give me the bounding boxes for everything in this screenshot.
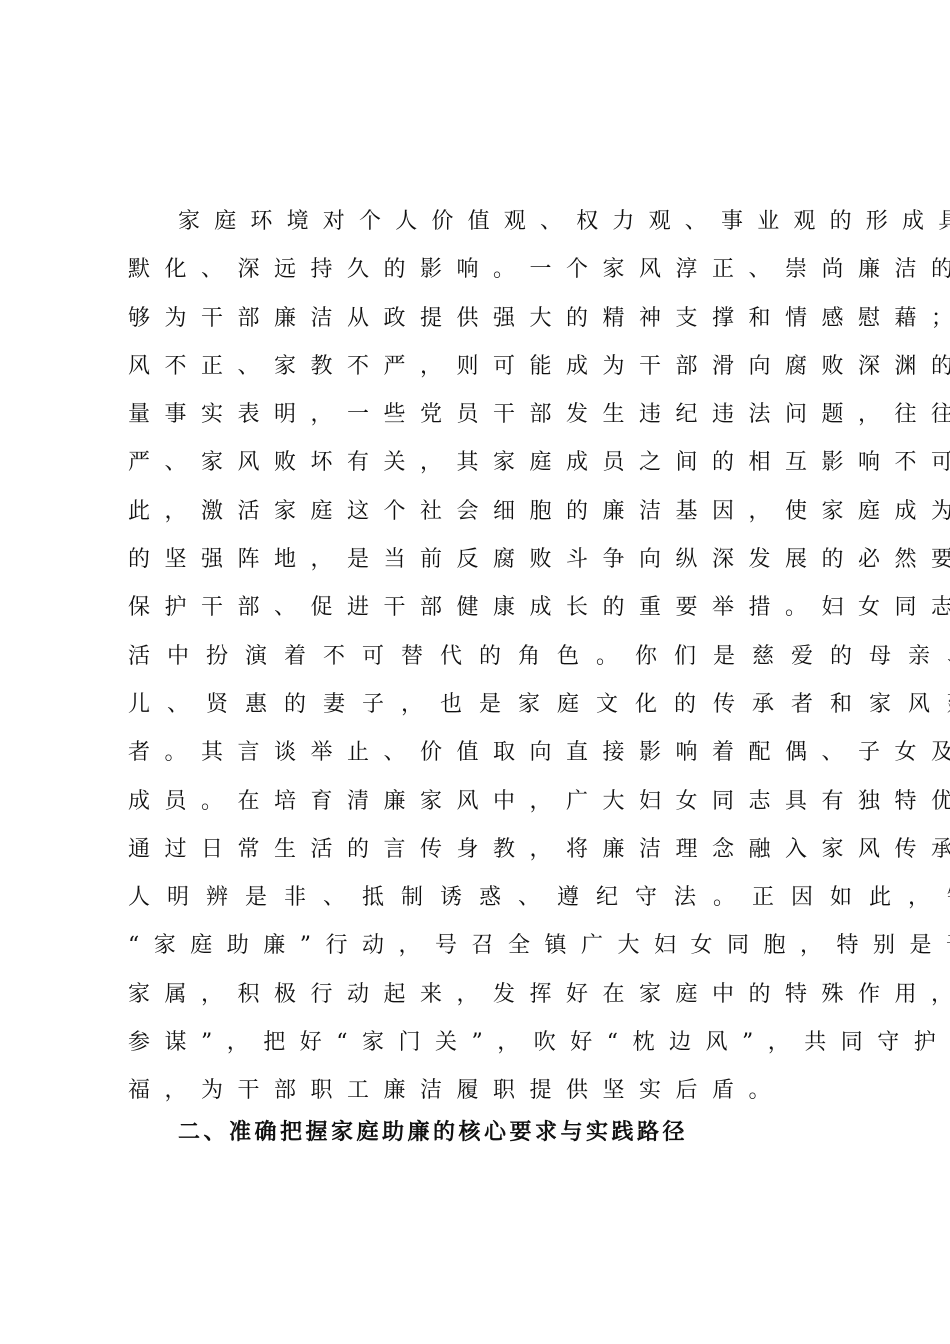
paragraph-line: 家属，积极行动起来，发挥好在家庭中的特殊作用，当好“廉 xyxy=(128,971,828,1019)
paragraph-line: 默化、深远持久的影响。一个家风淳正、崇尚廉洁的家庭，能 xyxy=(128,246,828,294)
body-paragraph: 家庭环境对个人价值观、权力观、事业观的形成具有潜移 默化、深远持久的影响。一个家… xyxy=(128,198,828,1116)
paragraph-line: 保护干部、促进干部健康成长的重要举措。妇女同志在家庭生 xyxy=(128,584,828,632)
paragraph-line: “家庭助廉”行动，号召全镇广大妇女同胞，特别是干部职工 xyxy=(128,922,828,970)
paragraph-line: 的坚强阵地，是当前反腐败斗争向纵深发展的必然要求，也是 xyxy=(128,536,828,584)
paragraph-line: 够为干部廉洁从政提供强大的精神支撑和情感慰藉；相反，家 xyxy=(128,295,828,343)
paragraph-line: 成员。在培育清廉家风中，广大妇女同志具有独特优势，能够 xyxy=(128,778,828,826)
paragraph-line: 福，为干部职工廉洁履职提供坚实后盾。 xyxy=(128,1067,828,1115)
paragraph-line: 量事实表明，一些党员干部发生违纪违法问题，往往与家教不 xyxy=(128,391,828,439)
paragraph-line: 参谋”，把好“家门关”，吹好“枕边风”，共同守护家庭幸 xyxy=(128,1019,828,1067)
document-page: 家庭环境对个人价值观、权力观、事业观的形成具有潜移 默化、深远持久的影响。一个家… xyxy=(0,0,950,1344)
paragraph-line: 人明辨是非、抵制诱惑、遵纪守法。正因如此，镇妇联发起 xyxy=(128,874,828,922)
paragraph-line: 此，激活家庭这个社会细胞的廉洁基因，使家庭成为廉政建设 xyxy=(128,488,828,536)
paragraph-line: 家庭环境对个人价值观、权力观、事业观的形成具有潜移 xyxy=(128,198,828,246)
paragraph-line: 风不正、家教不严，则可能成为干部滑向腐败深渊的推手。大 xyxy=(128,343,828,391)
paragraph-line: 通过日常生活的言传身教，将廉洁理念融入家风传承，引导家 xyxy=(128,826,828,874)
paragraph-line: 儿、贤惠的妻子，也是家庭文化的传承者和家风建设的主导 xyxy=(128,681,828,729)
paragraph-line: 者。其言谈举止、价值取向直接影响着配偶、子女及其他家庭 xyxy=(128,729,828,777)
section-heading: 二、准确把握家庭助廉的核心要求与实践路径 xyxy=(178,1115,688,1146)
paragraph-line: 严、家风败坏有关，其家庭成员之间的相互影响不可忽视。因 xyxy=(128,439,828,487)
paragraph-line: 活中扮演着不可替代的角色。你们是慈爱的母亲、孝顺的女 xyxy=(128,633,828,681)
